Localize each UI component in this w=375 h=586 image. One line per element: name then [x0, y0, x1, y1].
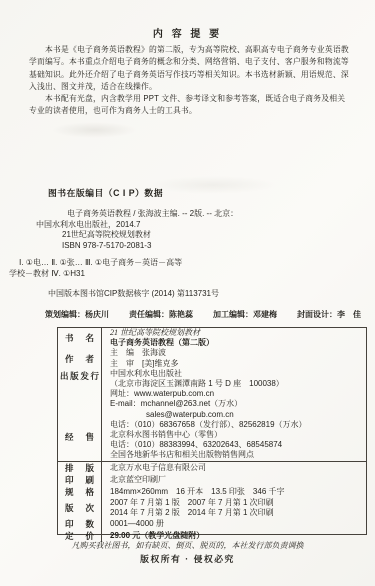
label-char: 印: [65, 474, 74, 486]
label-char: 名: [85, 332, 94, 344]
label-char: 出: [60, 370, 69, 382]
colophon-row-format: 规格184mm×260mm 16 开本 13.5 印张 346 千字: [58, 486, 366, 498]
colophon-line: 主 编 张海波: [110, 348, 362, 358]
colophon-line: E-mail：mchannel@263.net（万水）: [110, 399, 362, 409]
cip-line: 中国水利水电出版社，2014.7: [36, 220, 238, 231]
colophon-row-value: 北京蓝空印刷厂: [102, 474, 366, 486]
label-char: 数: [85, 518, 94, 530]
summary-text-line: 专业的读者使用，也可作为商务人士的工具书。: [29, 105, 351, 117]
colophon-row-label: 书名: [58, 328, 102, 348]
copyright-notice: 版权所有 · 侵权必究: [0, 552, 375, 565]
cip-line: 电子商务英语教程 / 张海波主编. -- 2版. -- 北京：: [36, 209, 238, 220]
colophon-row-typesetting: 排版北京万水电子信息有限公司: [58, 461, 366, 474]
label-char: 书: [65, 332, 74, 344]
colophon-row-distribution: 经售北京科水图书销售中心（零售）电话：（010）88383994、6320264…: [58, 430, 366, 461]
colophon-line: 0001—4000 册: [110, 519, 362, 529]
colophon-line: 北京万水电子信息有限公司: [110, 463, 362, 473]
colophon-line: （北京市海淀区玉渊潭南路 1 号 D 座 100038）: [110, 379, 362, 389]
summary-text-line: 入浅出、图文并茂，适合在线操作。: [29, 81, 351, 93]
label-char: 发: [80, 370, 89, 382]
colophon-line: 网址：www.waterpub.com.cn: [110, 389, 362, 399]
replacement-notice: 凡购买我社图书，如有缺页、倒页、脱页的，本社发行部负责调换: [0, 540, 375, 551]
colophon-line: sales@waterpub.com.cn: [110, 410, 362, 420]
label-char: 格: [85, 486, 94, 498]
colophon-row-label: 版次: [58, 498, 102, 518]
colophon-row-label: 出版发行: [58, 369, 102, 430]
colophon-line: 北京科水图书销售中心（零售）: [110, 430, 362, 440]
colophon-row-value: 主 编 张海波主 审 [美]维克多: [102, 348, 366, 368]
editor-credit: 责任编辑：陈艳蕊: [129, 309, 193, 320]
colophon-row-value: 2007 年 7 月第 1 版 2007 年 7 月第 1 次印刷2014 年 …: [102, 498, 366, 518]
cip-record-number: 中国版本图书馆CIP数据核字 (2014) 第113731号: [48, 288, 219, 299]
summary-text-line: 本书配有光盘，内含教学用 PPT 文件、参考译文和参考答案，既适合电子商务及相关: [29, 93, 351, 105]
summary-body: 本书是《电子商务英语教程》的第二版，专为高等院校、高职高专电子商务专业英语教学而…: [29, 44, 351, 118]
editor-credit: 策划编辑：杨庆川: [45, 309, 109, 320]
colophon-line: 中国水利水电出版社: [110, 369, 362, 379]
colophon-row-printing: 印刷北京蓝空印刷厂: [58, 474, 366, 486]
label-char: 印: [65, 518, 74, 530]
colophon-row-label: 经售: [58, 430, 102, 461]
colophon-line: 21 世纪高等院校规划教材: [110, 328, 362, 338]
cip-classification-line: Ⅰ. ①电… Ⅱ. ①张… Ⅲ. ①电子商务－英语－高等: [9, 258, 182, 269]
label-char: 售: [85, 431, 94, 443]
label-char: 版: [85, 462, 94, 474]
cip-classification: Ⅰ. ①电… Ⅱ. ①张… Ⅲ. ①电子商务－英语－高等学校－教材 Ⅳ. ①H3…: [9, 258, 182, 280]
colophon-row-book-title: 书名21 世纪高等院校规划教材电子商务英语教程（第二版）: [58, 328, 366, 348]
scan-smudge: [52, 122, 137, 138]
colophon-row-label: 作者: [58, 348, 102, 368]
editors-row: 策划编辑：杨庆川责任编辑：陈艳蕊加工编辑：邓建梅封面设计：李 佳: [45, 309, 361, 320]
label-char: 规: [65, 486, 74, 498]
colophon-line: 184mm×260mm 16 开本 13.5 印张 346 千字: [110, 487, 362, 497]
colophon-line: 主 审 [美]维克多: [110, 359, 362, 369]
label-char: 排: [65, 462, 74, 474]
colophon-row-value: 北京万水电子信息有限公司: [102, 462, 366, 474]
label-char: 刷: [85, 474, 94, 486]
colophon-row-value: 中国水利水电出版社（北京市海淀区玉渊潭南路 1 号 D 座 100038）网址：…: [102, 369, 366, 430]
colophon-line: 电话：（010）68367658（发行部）、82562819（万水）: [110, 420, 362, 430]
colophon-line: 2014 年 7 月第 2 版 2014 年 7 月第 1 次印刷: [110, 508, 362, 518]
label-char: 作: [65, 353, 74, 365]
cip-line: 21世纪高等院校规划教材: [36, 230, 238, 241]
cip-classification-line: 学校－教材 Ⅳ. ①H31: [9, 269, 182, 280]
colophon-row-label: 印刷: [58, 474, 102, 486]
copyright-page: 内 容 提 要 本书是《电子商务英语教程》的第二版，专为高等院校、高职高专电子商…: [0, 0, 375, 586]
colophon-line: 电子商务英语教程（第二版）: [110, 338, 362, 348]
summary-text-line: 基础知识。此外还介绍了电子商务英语写作技巧等相关知识。本书选材新颖、用语规范、深: [29, 69, 351, 81]
editor-credit: 加工编辑：邓建梅: [213, 309, 277, 320]
colophon-line: 电话：（010）88383994、63202643、68545874: [110, 440, 362, 450]
colophon-row-edition: 版次2007 年 7 月第 1 版 2007 年 7 月第 1 次印刷2014 …: [58, 498, 366, 518]
colophon-row-value: 0001—4000 册: [102, 518, 366, 530]
colophon-line: 北京蓝空印刷厂: [110, 475, 362, 485]
cip-line: ISBN 978-7-5170-2081-3: [36, 241, 238, 252]
cip-header: 图书在版编目（C I P）数据: [48, 186, 163, 199]
colophon-table: 书名21 世纪高等院校规划教材电子商务英语教程（第二版）作者主 编 张海波主 审…: [57, 327, 367, 535]
colophon-row-label: 规格: [58, 486, 102, 498]
summary-title: 内 容 提 要: [0, 25, 375, 40]
colophon-line: 全国各地新华书店和相关出版物销售网点: [110, 450, 362, 460]
colophon-row-print-run: 印数0001—4000 册: [58, 518, 366, 530]
label-char: 者: [85, 353, 94, 365]
label-char: 版: [65, 502, 74, 514]
label-char: 版: [70, 370, 79, 382]
label-char: 经: [65, 431, 74, 443]
summary-text-line: 本书是《电子商务英语教程》的第二版，专为高等院校、高职高专电子商务专业英语教: [29, 44, 351, 56]
colophon-row-label: 排版: [58, 462, 102, 474]
colophon-row-value: 北京科水图书销售中心（零售）电话：（010）88383994、63202643、…: [102, 430, 366, 461]
cip-record-block: 电子商务英语教程 / 张海波主编. -- 2版. -- 北京：中国水利水电出版社…: [36, 209, 238, 251]
colophon-row-author: 作者主 编 张海波主 审 [美]维克多: [58, 348, 366, 368]
label-char: 次: [85, 502, 94, 514]
label-char: 行: [90, 370, 99, 382]
summary-text-line: 学而编写。本书重点介绍电子商务的概念和分类、网络营销、电子支付、客户服务和物流等: [29, 56, 351, 68]
colophon-line: 2007 年 7 月第 1 版 2007 年 7 月第 1 次印刷: [110, 498, 362, 508]
editor-credit: 封面设计：李 佳: [297, 309, 361, 320]
colophon-row-publisher: 出版发行中国水利水电出版社（北京市海淀区玉渊潭南路 1 号 D 座 100038…: [58, 369, 366, 430]
scan-smudge: [148, 176, 278, 194]
colophon-row-label: 印数: [58, 518, 102, 530]
colophon-row-value: 184mm×260mm 16 开本 13.5 印张 346 千字: [102, 486, 366, 498]
colophon-row-value: 21 世纪高等院校规划教材电子商务英语教程（第二版）: [102, 328, 366, 348]
